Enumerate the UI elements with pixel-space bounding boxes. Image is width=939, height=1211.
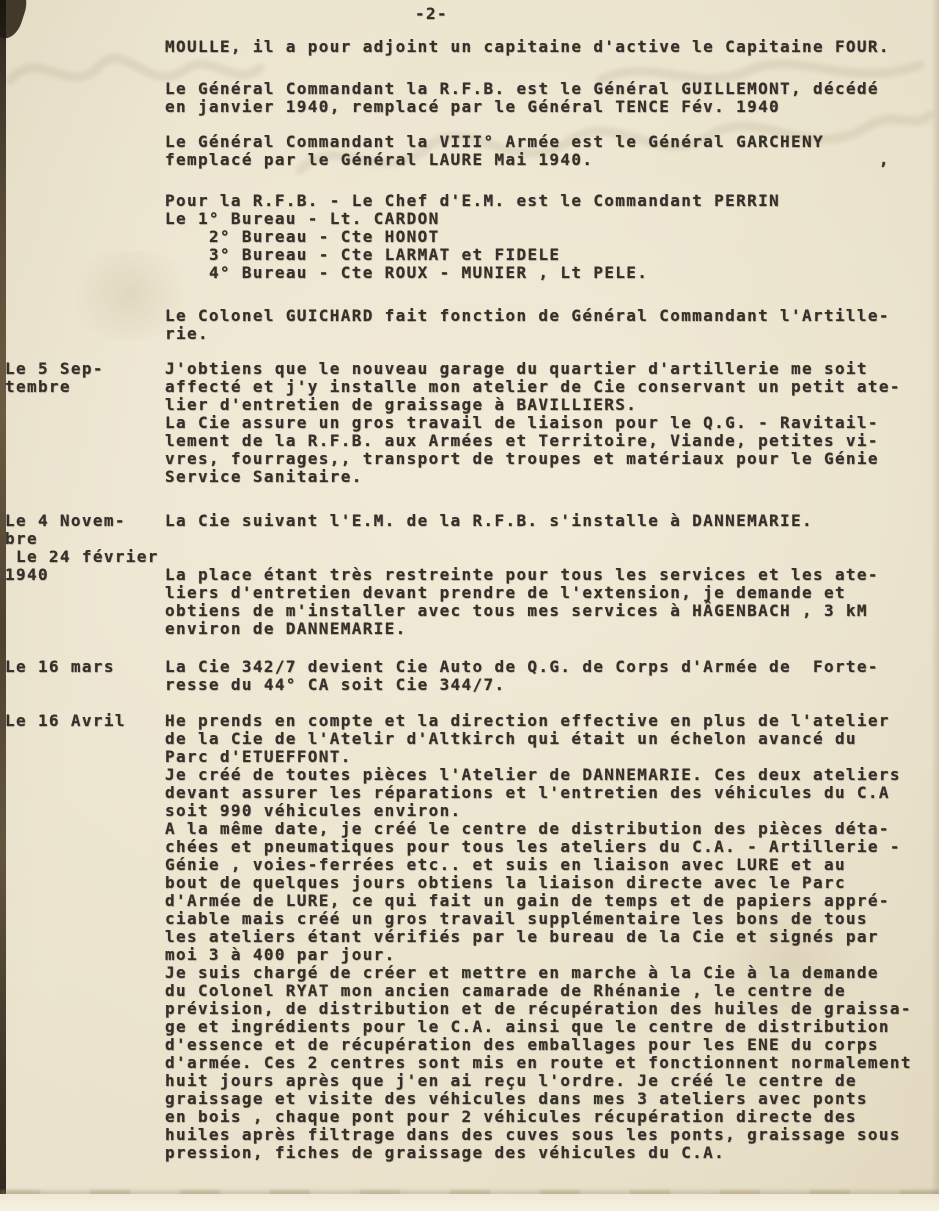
entry-body: La place étant très restreinte pour tous… xyxy=(165,548,939,638)
entry-body: MOULLE, il a pour adjoint un capitaine d… xyxy=(165,38,939,56)
journal-entry: Le Général Commandant la R.F.B. est le G… xyxy=(0,80,939,116)
entry-date: Le 4 Novem- bre xyxy=(0,512,165,548)
entry-date: Le 5 Sep- tembre xyxy=(0,360,165,396)
entry-date: Le 16 mars xyxy=(0,658,165,676)
entry-body: Le Général Commandant la VIII° Armée est… xyxy=(165,133,939,169)
document-content: -2- MOULLE, il a pour adjoint un capitai… xyxy=(0,0,939,1162)
scanned-document-page: -2- MOULLE, il a pour adjoint un capitai… xyxy=(0,0,939,1211)
scan-edge-right xyxy=(931,0,939,1211)
journal-entry-16-avril: Le 16 Avril He prends en compte et la di… xyxy=(0,712,939,1162)
entry-body: He prends en compte et la direction effe… xyxy=(165,712,939,1162)
entry-date: Le 24 février 1940 xyxy=(0,548,165,584)
journal-entry: Le Général Commandant la VIII° Armée est… xyxy=(0,133,939,169)
entry-body: Pour la R.F.B. - Le Chef d'E.M. est le C… xyxy=(165,192,939,282)
journal-entry: Pour la R.F.B. - Le Chef d'E.M. est le C… xyxy=(0,192,939,282)
entry-body: Le Général Commandant la R.F.B. est le G… xyxy=(165,80,939,116)
entry-body: J'obtiens que le nouveau garage du quart… xyxy=(165,360,939,486)
scan-edge-left xyxy=(0,0,6,1211)
journal-entry: Le Colonel GUICHARD fait fonction de Gén… xyxy=(0,307,939,343)
journal-entry-4-novembre: Le 4 Novem- bre La Cie suivant l'E.M. de… xyxy=(0,512,939,548)
entry-date: Le 16 Avril xyxy=(0,712,165,730)
journal-entry-5-septembre: Le 5 Sep- tembre J'obtiens que le nouvea… xyxy=(0,360,939,486)
page-number: -2- xyxy=(415,5,939,23)
entry-body: La Cie suivant l'E.M. de la R.F.B. s'ins… xyxy=(165,512,939,530)
journal-entry: MOULLE, il a pour adjoint un capitaine d… xyxy=(0,38,939,56)
scan-edge-bottom xyxy=(0,1194,939,1211)
journal-entry-24-fevrier-1940: Le 24 février 1940 La place étant très r… xyxy=(0,548,939,638)
entry-body: La Cie 342/7 devient Cie Auto de Q.G. de… xyxy=(165,658,939,694)
entry-body: Le Colonel GUICHARD fait fonction de Gén… xyxy=(165,307,939,343)
journal-entry-16-mars: Le 16 mars La Cie 342/7 devient Cie Auto… xyxy=(0,658,939,694)
